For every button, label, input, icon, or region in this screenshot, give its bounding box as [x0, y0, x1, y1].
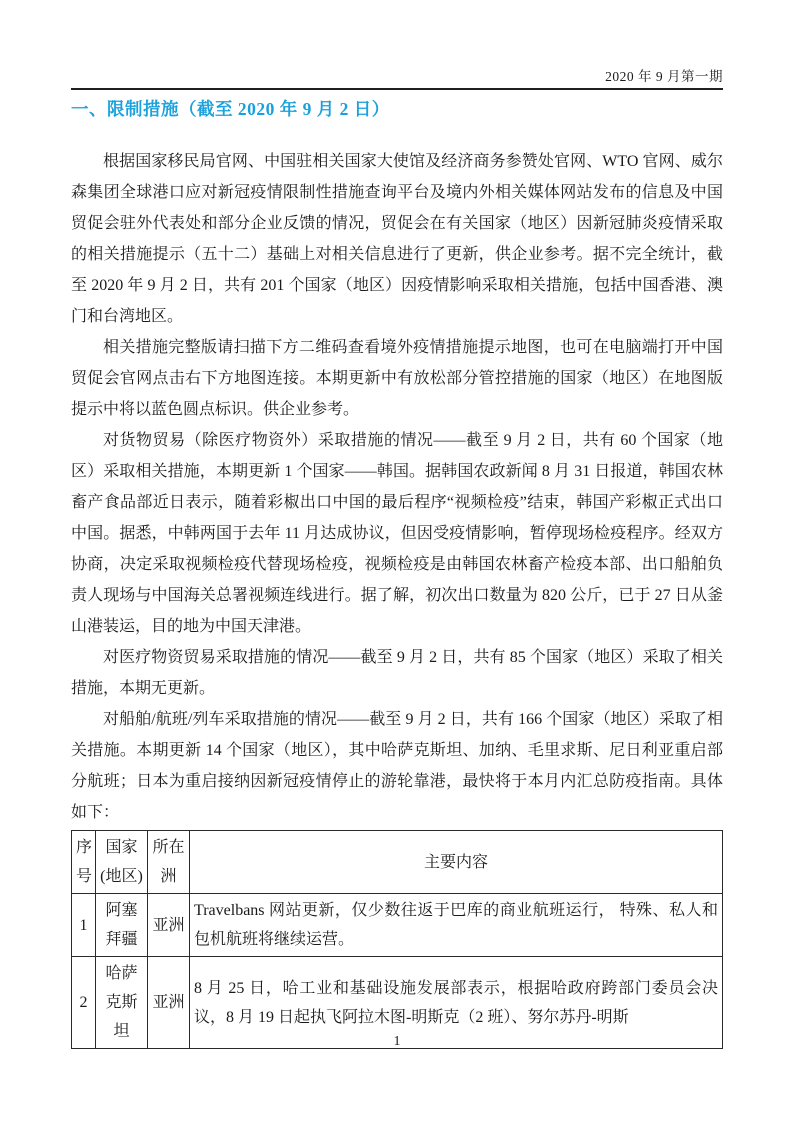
cell-no: 1: [72, 894, 96, 957]
section-heading: 一、限制措施（截至 2020 年 9 月 2 日）: [71, 96, 390, 121]
col-header-content: 主要内容: [190, 831, 723, 894]
cell-country: 阿塞拜疆: [96, 894, 148, 957]
table-header-row: 序号 国家(地区) 所在洲 主要内容: [72, 831, 723, 894]
cell-continent: 亚洲: [148, 894, 190, 957]
header-rule: [71, 88, 723, 90]
cell-content: Travelbans 网站更新，仅少数往返于巴库的商业航班运行， 特殊、私人和包…: [190, 894, 723, 957]
document-body: 根据国家移民局官网、中国驻相关国家大使馆及经济商务参赞处官网、WTO 官网、威尔…: [71, 146, 723, 1049]
paragraph-medical-supplies: 对医疗物资贸易采取措施的情况——截至 9 月 2 日，共有 85 个国家（地区）…: [71, 642, 723, 704]
col-header-country: 国家(地区): [96, 831, 148, 894]
table-row: 1 阿塞拜疆 亚洲 Travelbans 网站更新，仅少数往返于巴库的商业航班运…: [72, 894, 723, 957]
paragraph-transport: 对船舶/航班/列车采取措施的情况——截至 9 月 2 日，共有 166 个国家（…: [71, 704, 723, 828]
paragraph-goods-trade: 对货物贸易（除医疗物资外）采取措施的情况——截至 9 月 2 日，共有 60 个…: [71, 425, 723, 642]
measures-table: 序号 国家(地区) 所在洲 主要内容 1 阿塞拜疆 亚洲 Travelbans …: [71, 830, 723, 1049]
col-header-no: 序号: [72, 831, 96, 894]
document-page: 2020 年 9 月第一期 一、限制措施（截至 2020 年 9 月 2 日） …: [0, 0, 793, 1122]
page-number: 1: [71, 1034, 723, 1050]
col-header-continent: 所在洲: [148, 831, 190, 894]
paragraph-map-notice: 相关措施完整版请扫描下方二维码查看境外疫情措施提示地图，也可在电脑端打开中国贸促…: [71, 332, 723, 425]
paragraph-intro: 根据国家移民局官网、中国驻相关国家大使馆及经济商务参赞处官网、WTO 官网、威尔…: [71, 146, 723, 332]
issue-label: 2020 年 9 月第一期: [605, 65, 723, 85]
